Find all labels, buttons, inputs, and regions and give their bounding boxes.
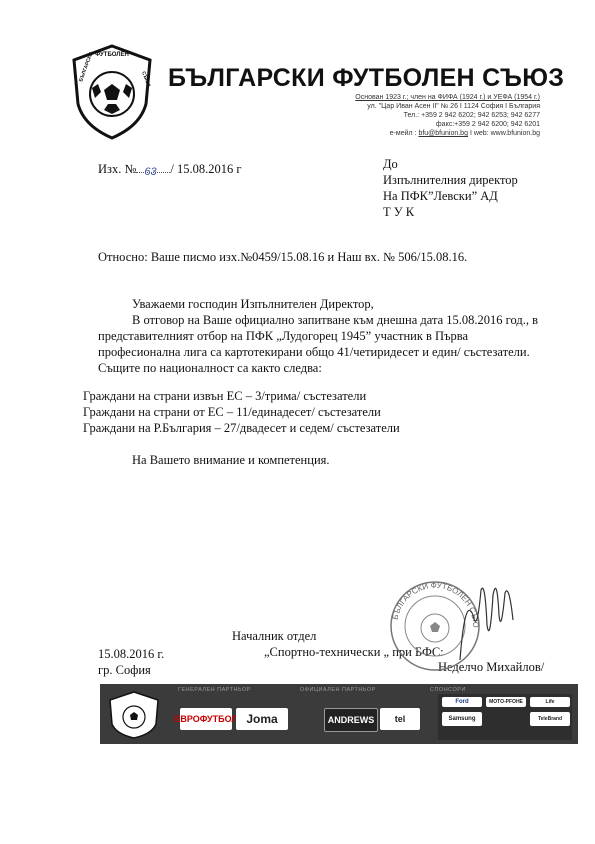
org-address: ул. "Цар Иван Асен II" № 26 I 1124 София… [367,103,540,110]
sponsor-telebrand: TeleBrand [530,712,570,726]
signature-title-1: Началник отдел [232,629,316,644]
nationality-item-2: Граждани на страни от ЕС – 11/единадесет… [83,405,381,420]
sponsor-eurofootball: ЕВРОФУТБОЛ [180,708,232,730]
web-label: web: [474,130,489,137]
sponsor-section-3-label: СПОНСОРИ [430,687,466,693]
sponsor-section-1-label: ГЕНЕРАЛЕН ПАРТНЬОР [178,687,251,693]
sponsors-grid: Ford MOTO-PFOHE Life Samsung TeleBrand [438,694,572,740]
recipient-line-3: На ПФК”Левски” АД [383,189,498,204]
date: 15.08.2016 г. [98,647,164,662]
subject-line: Относно: Ваше писмо изх.№0459/15.08.16 и… [98,250,467,265]
body-line-2: представителният отбор на ПФК „Лудогорец… [98,329,468,344]
sponsor-tel: tel [380,708,420,730]
email-link[interactable]: bfu@bfunion.bg [418,130,468,137]
email-label: e-мейл : [390,130,417,137]
org-title: БЪЛГАРСКИ ФУТБОЛЕН СЪЮЗ [168,64,564,93]
web-link[interactable]: www.bfunion.bg [491,130,540,137]
nationality-item-1: Граждани на страни извън ЕС – 3/трима/ с… [83,389,366,404]
ref-date: / 15.08.2016 г [170,162,241,176]
sponsor-samsung: Samsung [442,712,482,726]
ref-prefix: Изх. № [98,162,136,176]
bar-logo-ball [104,690,164,740]
nationality-item-3: Граждани на Р.България – 27/двадесет и с… [83,421,400,436]
reference-line: Изх. №63/ 15.08.2016 г [98,162,242,177]
salutation: Уважаеми господин Изпълнителен Директор, [132,297,374,312]
place: гр. София [98,663,151,678]
org-founded: Основан 1923 г.; член на ФИФА (1924 г.) … [355,94,540,101]
body-line-1: В отговор на Ваше официално запитване къ… [132,313,538,328]
sponsor-section-2-label: ОФИЦИАЛЕН ПАРТНЬОР [300,687,376,693]
bfu-logo: ФУТБОЛЕН БЪЛГАРСКИ СЪЮЗ [68,42,156,142]
sponsor-joma: Joma [236,708,288,730]
svg-text:ФУТБОЛЕН: ФУТБОЛЕН [95,52,129,58]
sponsor-andrews: ANDREWS [324,708,378,732]
org-phone: Тел.: +359 2 942 6202; 942 6253; 942 627… [404,112,540,119]
org-fax: факс:+359 2 942 6200; 942 6201 [436,121,540,128]
recipient-line-1: До [383,157,398,172]
sponsor-life: Life [530,697,570,707]
body-line-4: Същите по националност са както следва: [98,361,322,376]
handwritten-signature [455,575,525,670]
recipient-line-2: Изпълнителния директор [383,173,518,188]
org-contacts: e-мейл : bfu@bfunion.bg I web: www.bfuni… [390,130,540,137]
body-line-3: професионална лига са картотекирани общо… [98,345,530,360]
sponsor-ford: Ford [442,697,482,707]
recipient-line-4: Т У К [383,205,414,220]
sponsor-bar: ГЕНЕРАЛЕН ПАРТНЬОР ОФИЦИАЛЕН ПАРТНЬОР СП… [100,684,578,744]
closing: На Вашето внимание и компетенция. [132,453,330,468]
ref-number-handwritten: 63 [144,166,156,178]
sponsor-moto: MOTO-PFOHE [486,697,526,707]
